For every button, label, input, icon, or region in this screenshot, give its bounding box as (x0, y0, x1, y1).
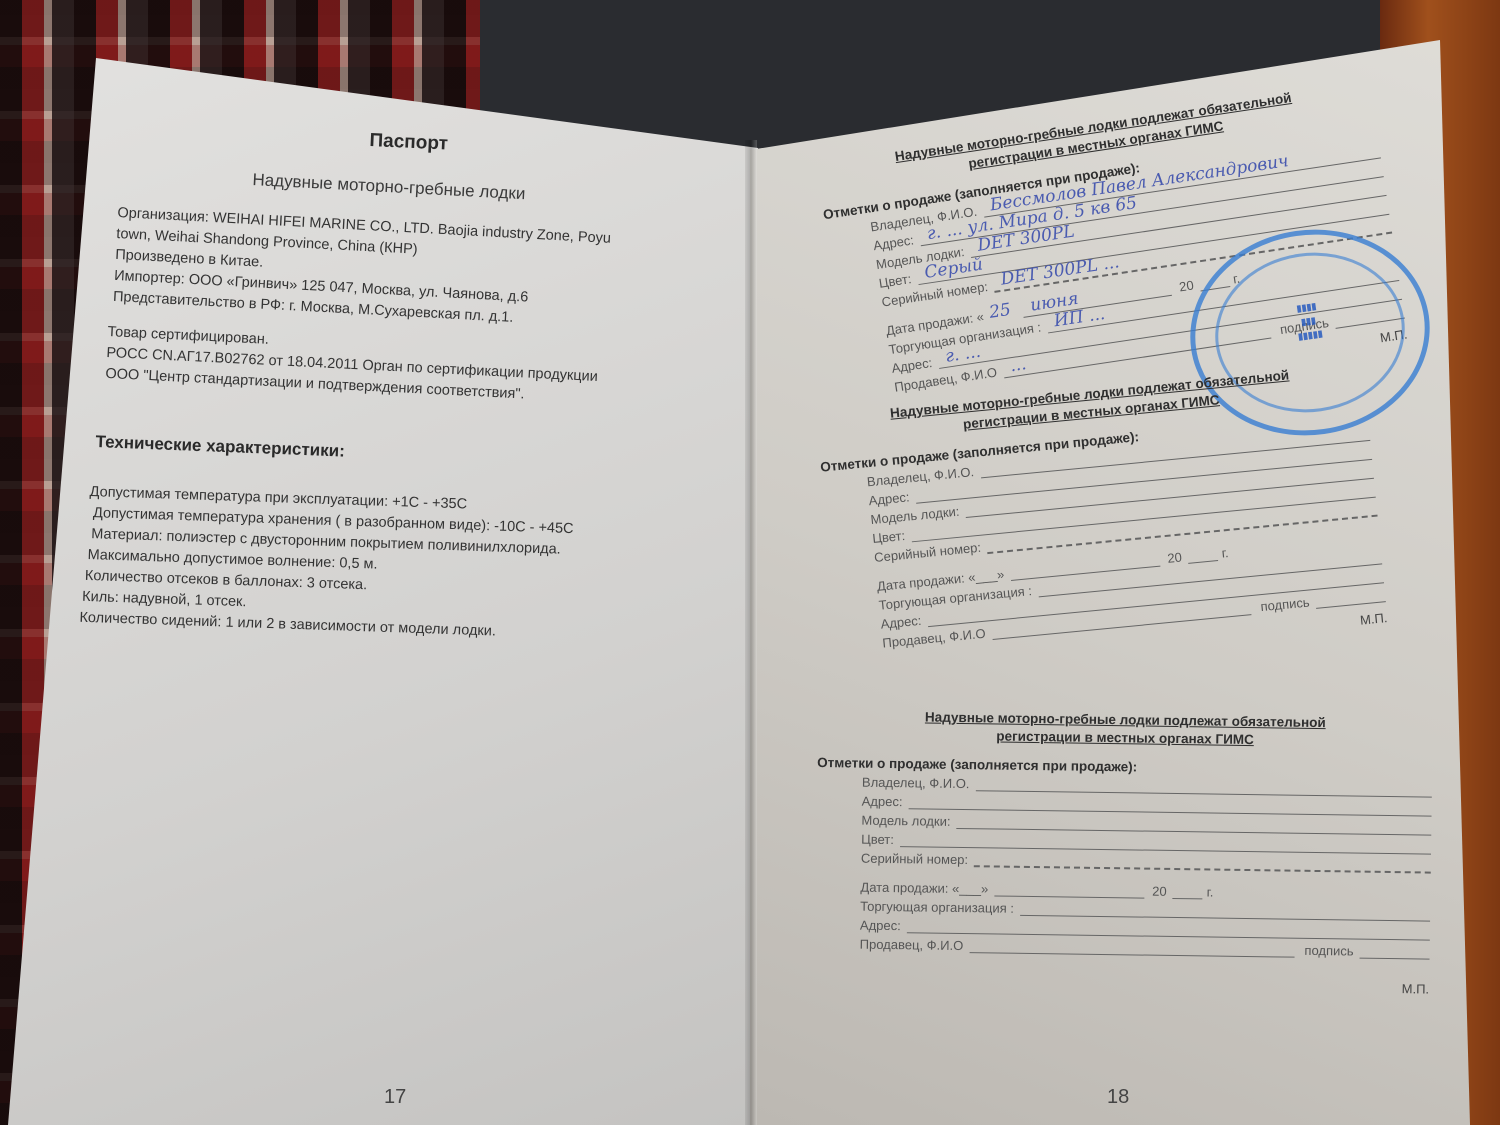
year-prefix: 20 (1152, 884, 1167, 899)
stamp-center-emblem: ▮▮▮▮▮▮▮▮▮▮▮▮ (1261, 294, 1358, 366)
field-label: Дата продажи: «___» (860, 880, 988, 897)
booklet-spine (745, 140, 757, 1125)
year-suffix: г. (1207, 884, 1214, 899)
signature-label: подпись (1260, 595, 1310, 615)
page-title: Паспорт (369, 130, 448, 156)
field-label: Торгующая организация : (860, 899, 1014, 916)
signature-label: подпись (1304, 943, 1353, 959)
field-label: Адрес: (862, 794, 903, 810)
field-label: Модель лодки: (861, 813, 950, 829)
sale-record-block-3: Надувные моторно-гребные лодки подлежат … (814, 707, 1433, 997)
field-label: Продавец, Ф.И.О (860, 937, 964, 953)
page-number-left: 17 (384, 1086, 406, 1109)
field-label: Серийный номер: (861, 851, 968, 867)
year-suffix: г. (1221, 545, 1229, 561)
field-label: Адрес: (860, 918, 901, 934)
handwritten-seller: ... (1009, 354, 1028, 376)
specs-list: Допустимая температура при эксплуатации:… (85, 482, 574, 645)
sale-record-block-2: Надувные моторно-гребные лодки подлежат … (815, 359, 1388, 677)
page-number-right: 18 (1107, 1086, 1129, 1109)
field-label: Цвет: (861, 832, 894, 847)
handwritten-day: 25 (988, 300, 1012, 323)
field-label: Цвет: (872, 528, 906, 546)
field-label: Владелец, Ф.И.О. (862, 775, 970, 791)
year-prefix: 20 (1178, 277, 1195, 294)
year-prefix: 20 (1167, 550, 1183, 566)
handwritten-seller-address: г. ... (944, 342, 982, 367)
registration-notice: Надувные моторно-гребные лодки подлежат … (817, 707, 1432, 752)
